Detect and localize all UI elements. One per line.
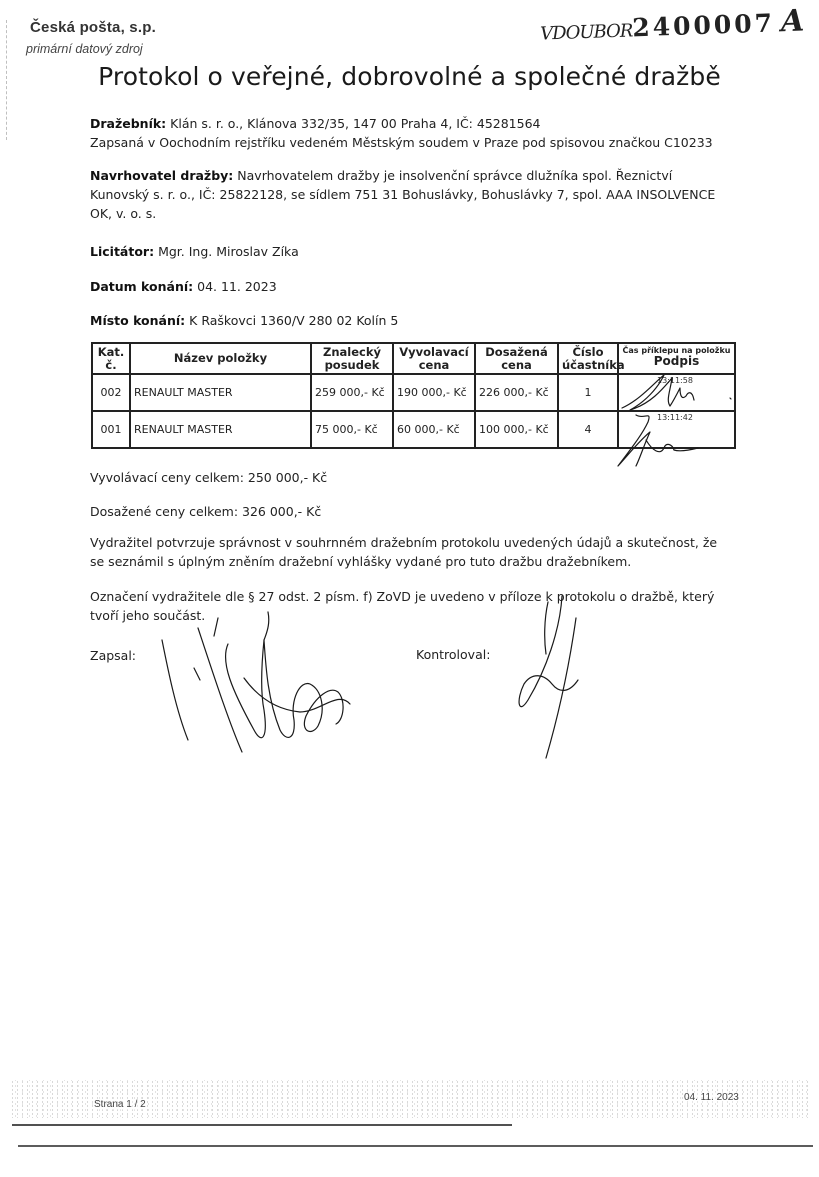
footer-date: 04. 11. 2023 [684,1092,739,1103]
place-section: Místo konání: K Raškovci 1360/V 280 02 K… [90,311,730,330]
auctioneer-label: Dražebník: [90,116,166,131]
licitator-value: Mgr. Ing. Miroslav Zíka [158,244,299,259]
document-title: Protokol o veřejné, dobrovolné a společn… [0,62,819,91]
cell-starting-price: 60 000,- Kč [393,411,475,448]
date-label: Datum konání: [90,279,193,294]
footer-rule-bottom [18,1145,813,1147]
reference-suffix: A [780,3,804,39]
auctioneer-value: Klán s. r. o., Klánova 332/35, 147 00 Pr… [170,116,540,131]
reference-prefix: VDOUBOR [540,20,633,44]
auctioneer-section: Dražebník: Klán s. r. o., Klánova 332/35… [90,114,730,152]
confirmation-statement: Vydražitel potvrzuje správnost v souhrnn… [90,533,730,571]
date-section: Datum konání: 04. 11. 2023 [90,277,730,296]
proposer-section: Navrhovatel dražby: Navrhovatelem dražby… [90,166,730,223]
cell-achieved-price: 226 000,- Kč [475,374,558,411]
achieved-total: Dosažené ceny celkem: 326 000,- Kč [90,502,730,521]
footer-rule-top [12,1124,512,1126]
reference-number: 2400007 [632,8,776,42]
place-value: K Raškovci 1360/V 280 02 Kolín 5 [189,313,398,328]
starting-total: Vyvolávací ceny celkem: 250 000,- Kč [90,468,730,487]
header-starting-price: Vyvolavacícena [393,343,475,374]
cell-expert: 75 000,- Kč [311,411,393,448]
auctioneer-registry: Zapsaná v Oochodním rejstříku vedeném Mě… [90,135,713,150]
checked-by-signature [500,590,600,780]
header-expert: Znaleckýposudek [311,343,393,374]
licitator-section: Licitátor: Mgr. Ing. Miroslav Zíka [90,242,730,261]
proposer-label: Navrhovatel dražby: [90,168,233,183]
footer-page-number: Strana 1 / 2 [94,1099,146,1110]
recorded-by-label: Zapsal: [90,646,136,665]
cell-item-name: RENAULT MASTER [130,411,311,448]
header-item-name: Název položky [130,343,311,374]
stamp-subtitle: primární datový zdroj [26,42,143,56]
header-achieved-price: Dosaženácena [475,343,558,374]
cell-cat-no: 001 [92,411,130,448]
cell-item-name: RENAULT MASTER [130,374,311,411]
cell-starting-price: 190 000,- Kč [393,374,475,411]
table-signature-scribble [600,370,740,470]
checked-by-label: Kontroloval: [416,645,490,664]
handwritten-reference: VDOUBOR2400007A [539,3,804,47]
date-value: 04. 11. 2023 [197,279,277,294]
cell-cat-no: 002 [92,374,130,411]
recorded-by-signature [150,600,410,770]
licitator-label: Licitátor: [90,244,154,259]
stamp-issuer: Česká pošta, s.p. [30,19,156,36]
cell-achieved-price: 100 000,- Kč [475,411,558,448]
cell-expert: 259 000,- Kč [311,374,393,411]
place-label: Místo konání: [90,313,185,328]
header-cat-no: Kat. č. [92,343,130,374]
